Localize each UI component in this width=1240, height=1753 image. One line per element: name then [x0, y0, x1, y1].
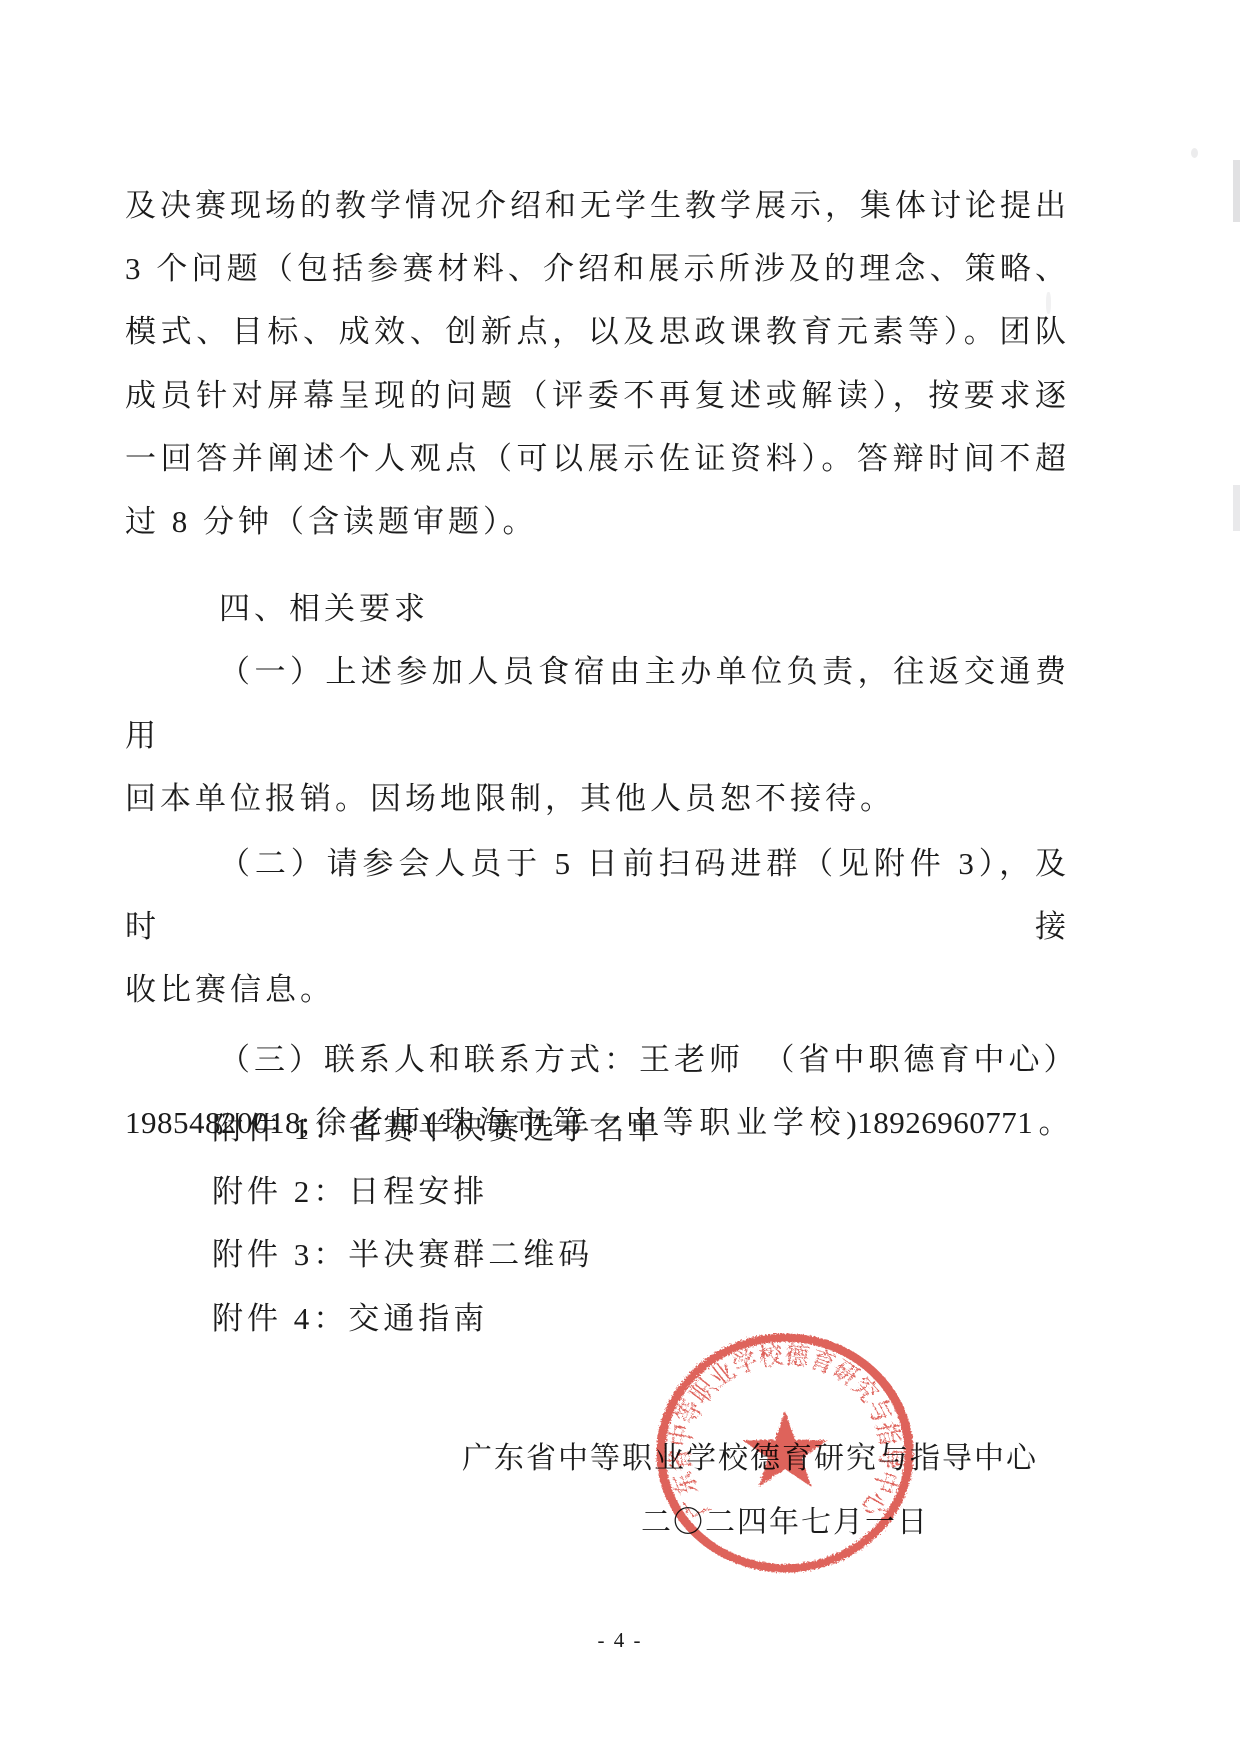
attachment-item: 附件 2：日程安排: [212, 1160, 1070, 1223]
body-line: 3 个问题（包括参赛材料、介绍和展示所涉及的理念、策略、: [125, 237, 1070, 300]
body-line: （二）请参会人员于 5 日前扫码进群（见附件 3），及时接: [125, 832, 1070, 958]
attachment-item: 附件 4：交通指南: [212, 1287, 1070, 1350]
seal-arc-text: 广东省中等职业学校德育研究与指导中心: [665, 1341, 906, 1523]
signature-organization: 广东省中等职业学校德育研究与指导中心: [462, 1433, 1038, 1477]
attachment-item: 附件 1：省赛半决赛选手名单: [212, 1097, 1070, 1160]
scan-artifact: [1233, 485, 1240, 531]
body-line: 过 8 分钟（含读题审题）。: [125, 490, 1070, 553]
body-line: 回本单位报销。因场地限制，其他人员恕不接待。: [125, 767, 1070, 830]
body-line: 收比赛信息。: [125, 958, 1070, 1021]
attachments-list: 附件 1：省赛半决赛选手名单附件 2：日程安排附件 3：半决赛群二维码附件 4：…: [125, 1097, 1070, 1350]
paragraph: （一）上述参加人员食宿由主办单位负责，往返交通费用回本单位报销。因场地限制，其他…: [125, 640, 1070, 830]
body-line: （一）上述参加人员食宿由主办单位负责，往返交通费用: [125, 640, 1070, 766]
body-line: 四、相关要求: [125, 577, 1070, 640]
paragraph: （二）请参会人员于 5 日前扫码进群（见附件 3），及时接收比赛信息。: [125, 832, 1070, 1022]
body-line: 及决赛现场的教学情况介绍和无学生教学展示，集体讨论提出: [125, 174, 1070, 237]
attachment-item: 附件 3：半决赛群二维码: [212, 1223, 1070, 1286]
body-line: 模式、目标、成效、创新点，以及思政课教育元素等）。团队: [125, 300, 1070, 363]
signature-date: 二〇二四年七月一日: [641, 1497, 929, 1541]
paragraph: 及决赛现场的教学情况介绍和无学生教学展示，集体讨论提出3 个问题（包括参赛材料、…: [125, 174, 1070, 553]
body-line: 成员针对屏幕呈现的问题（评委不再复述或解读），按要求逐: [125, 364, 1070, 427]
body-line: （三）联系人和联系方式：王老师 （省中职德育中心）: [125, 1028, 1070, 1091]
section-heading: 四、相关要求: [125, 577, 1070, 640]
scan-artifact: [1191, 148, 1198, 158]
body-text: 及决赛现场的教学情况介绍和无学生教学展示，集体讨论提出3 个问题（包括参赛材料、…: [125, 174, 1070, 1154]
document-page: 及决赛现场的教学情况介绍和无学生教学展示，集体讨论提出3 个问题（包括参赛材料、…: [0, 0, 1240, 1753]
body-line: 一回答并阐述个人观点（可以展示佐证资料）。答辩时间不超: [125, 427, 1070, 490]
scan-artifact: [1233, 160, 1240, 222]
page-number: - 4 -: [540, 1628, 700, 1653]
scan-artifact: [1046, 292, 1051, 314]
